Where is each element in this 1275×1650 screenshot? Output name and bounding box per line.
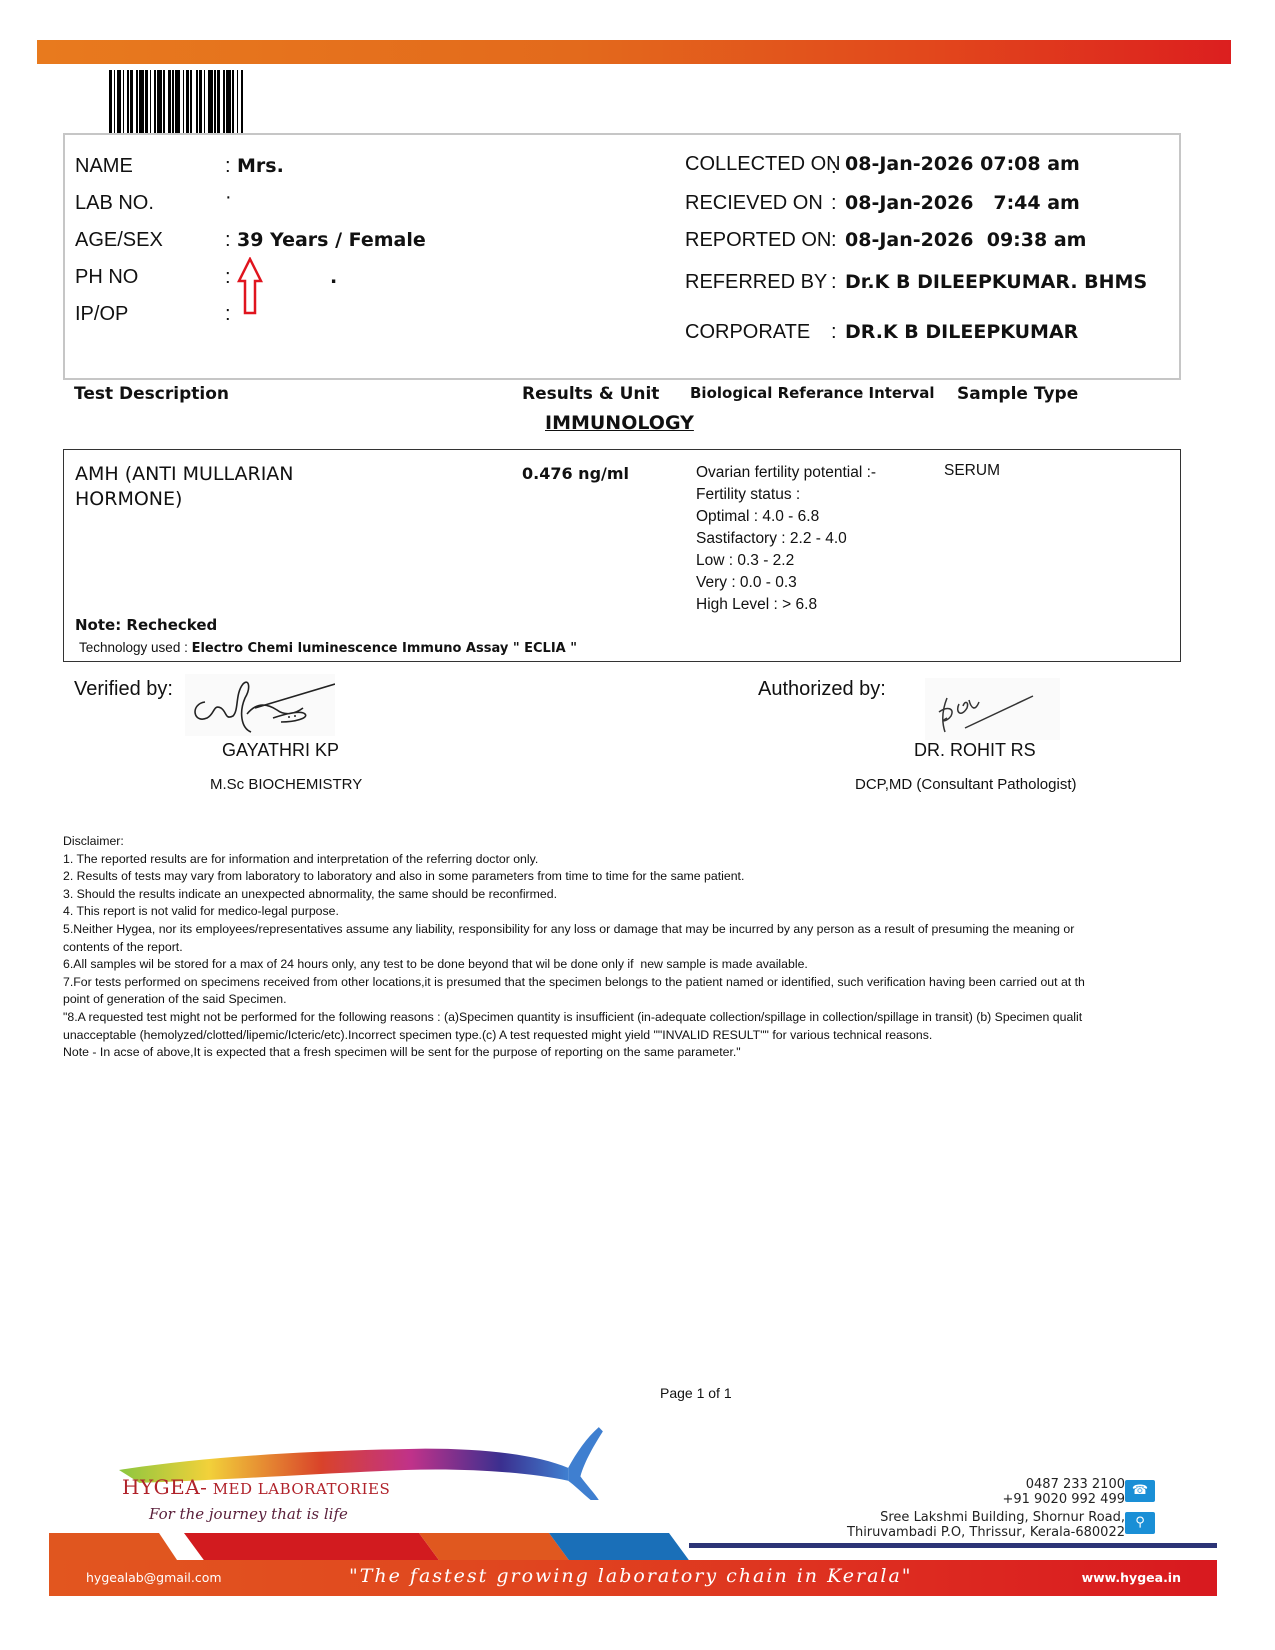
col-test-description: Test Description	[74, 384, 229, 404]
collected-label: COLLECTED ON	[685, 153, 841, 176]
technology-used: Technology used : Electro Chemi luminesc…	[79, 640, 577, 656]
col-results-unit: Results & Unit	[522, 384, 659, 404]
corporate-label: CORPORATE	[685, 321, 810, 344]
verified-by-designation: M.Sc BIOCHEMISTRY	[210, 776, 362, 793]
sample-type-value: SERUM	[944, 462, 1000, 480]
authorized-by-designation: DCP,MD (Consultant Pathologist)	[855, 776, 1076, 793]
authorized-by-name: DR. ROHIT RS	[914, 740, 1036, 761]
footer-slogan: "The fastest growing laboratory chain in…	[349, 1565, 913, 1587]
verified-signature-image	[185, 674, 335, 736]
phone-value: .	[330, 266, 337, 288]
reference-interval-list: Ovarian fertility potential :-Fertility …	[696, 462, 876, 616]
phone-1: 0487 233 2100	[1026, 1477, 1125, 1492]
labno-label: LAB NO.	[75, 192, 154, 215]
verified-by-name: GAYATHRI KP	[222, 740, 339, 761]
address-line-1: Sree Lakshmi Building, Shornur Road,	[880, 1510, 1125, 1525]
age-sex-value: 39 Years / Female	[237, 229, 426, 251]
disclaimer-line: unacceptable (hemolyzed/clotted/lipemic/…	[63, 1027, 1193, 1045]
authorized-by-label: Authorized by:	[758, 678, 886, 701]
lab-footer: HYGEA- MED LABORATORIES For the journey …	[49, 1425, 1217, 1595]
verified-by-label: Verified by:	[74, 678, 173, 701]
reference-line: Optimal : 4.0 - 6.8	[696, 506, 876, 528]
disclaimer-line: 6.All samples wil be stored for a max of…	[63, 956, 1193, 974]
disclaimer-line: point of generation of the said Specimen…	[63, 991, 1193, 1009]
note-text: Note: Rechecked	[75, 616, 217, 634]
disclaimer-line: 5.Neither Hygea, nor its employees/repre…	[63, 921, 1193, 939]
annotation-arrow-icon	[237, 257, 263, 315]
disclaimer-line: 1. The reported results are for informat…	[63, 851, 1193, 869]
footer-website: www.hygea.in	[1082, 1570, 1181, 1585]
col-reference-interval: Biological Referance Interval	[690, 384, 935, 402]
test-result-value: 0.476 ng/ml	[522, 464, 629, 483]
disclaimer-line: contents of the report.	[63, 939, 1193, 957]
section-title: IMMUNOLOGY	[545, 412, 694, 434]
footer-stripes	[49, 1533, 1217, 1563]
location-pin-icon: ⚲	[1125, 1512, 1155, 1534]
referred-value: Dr.K B DILEEPKUMAR. BHMS	[845, 271, 1147, 293]
header-color-band	[37, 40, 1231, 64]
phone-label: PH NO	[75, 266, 138, 289]
disclaimer-line: 7.For tests performed on specimens recei…	[63, 974, 1193, 992]
disclaimer-line: 4. This report is not valid for medico-l…	[63, 903, 1193, 921]
test-name: AMH (ANTI MULLARIAN HORMONE)	[75, 462, 375, 512]
test-result-box: AMH (ANTI MULLARIAN HORMONE) 0.476 ng/ml…	[63, 449, 1181, 662]
reference-line: High Level : > 6.8	[696, 594, 876, 616]
ipop-label: IP/OP	[75, 303, 128, 326]
technology-value: Electro Chemi luminescence Immuno Assay …	[192, 641, 577, 656]
disclaimer-line: 3. Should the results indicate an unexpe…	[63, 886, 1193, 904]
disclaimer-line: Note - In acse of above,It is expected t…	[63, 1044, 1193, 1062]
authorized-signature-image	[925, 678, 1060, 740]
received-label: RECIEVED ON	[685, 192, 823, 215]
reference-line: Ovarian fertility potential :-	[696, 462, 876, 484]
reference-line: Sastifactory : 2.2 - 4.0	[696, 528, 876, 550]
col-sample-type: Sample Type	[957, 384, 1078, 404]
reported-value: 08-Jan-2026 09:38 am	[845, 229, 1086, 251]
patient-info-box: NAME : Mrs. LAB NO. · AGE/SEX : 39 Years…	[63, 133, 1181, 380]
phone-2: +91 9020 992 499	[1002, 1492, 1125, 1507]
reference-line: Low : 0.3 - 2.2	[696, 550, 876, 572]
corporate-value: DR.K B DILEEPKUMAR	[845, 321, 1078, 343]
received-value: 08-Jan-2026 7:44 am	[845, 192, 1080, 214]
disclaimer-line: "8.A requested test might not be perform…	[63, 1009, 1193, 1027]
disclaimer: Disclaimer: 1. The reported results are …	[63, 833, 1193, 1062]
referred-label: REFERRED BY	[685, 271, 827, 294]
brand-name: HYGEA- MED LABORATORIES	[122, 1475, 390, 1499]
disclaimer-line: 2. Results of tests may vary from labora…	[63, 868, 1193, 886]
disclaimer-title: Disclaimer:	[63, 833, 1193, 851]
footer-bottom-bar: hygealab@gmail.com "The fastest growing …	[49, 1560, 1217, 1596]
phone-icon: ☎	[1125, 1480, 1155, 1502]
agesex-label: AGE/SEX	[75, 229, 163, 252]
barcode	[109, 70, 285, 134]
page-number: Page 1 of 1	[660, 1385, 732, 1401]
name-label: NAME	[75, 155, 133, 178]
brand-tagline: For the journey that is life	[149, 1505, 348, 1523]
reported-label: REPORTED ON	[685, 229, 831, 252]
patient-name: Mrs.	[237, 155, 284, 177]
reference-line: Fertility status :	[696, 484, 876, 506]
reference-line: Very : 0.0 - 0.3	[696, 572, 876, 594]
footer-email: hygealab@gmail.com	[86, 1570, 222, 1585]
collected-value: 08-Jan-2026 07:08 am	[845, 153, 1080, 175]
